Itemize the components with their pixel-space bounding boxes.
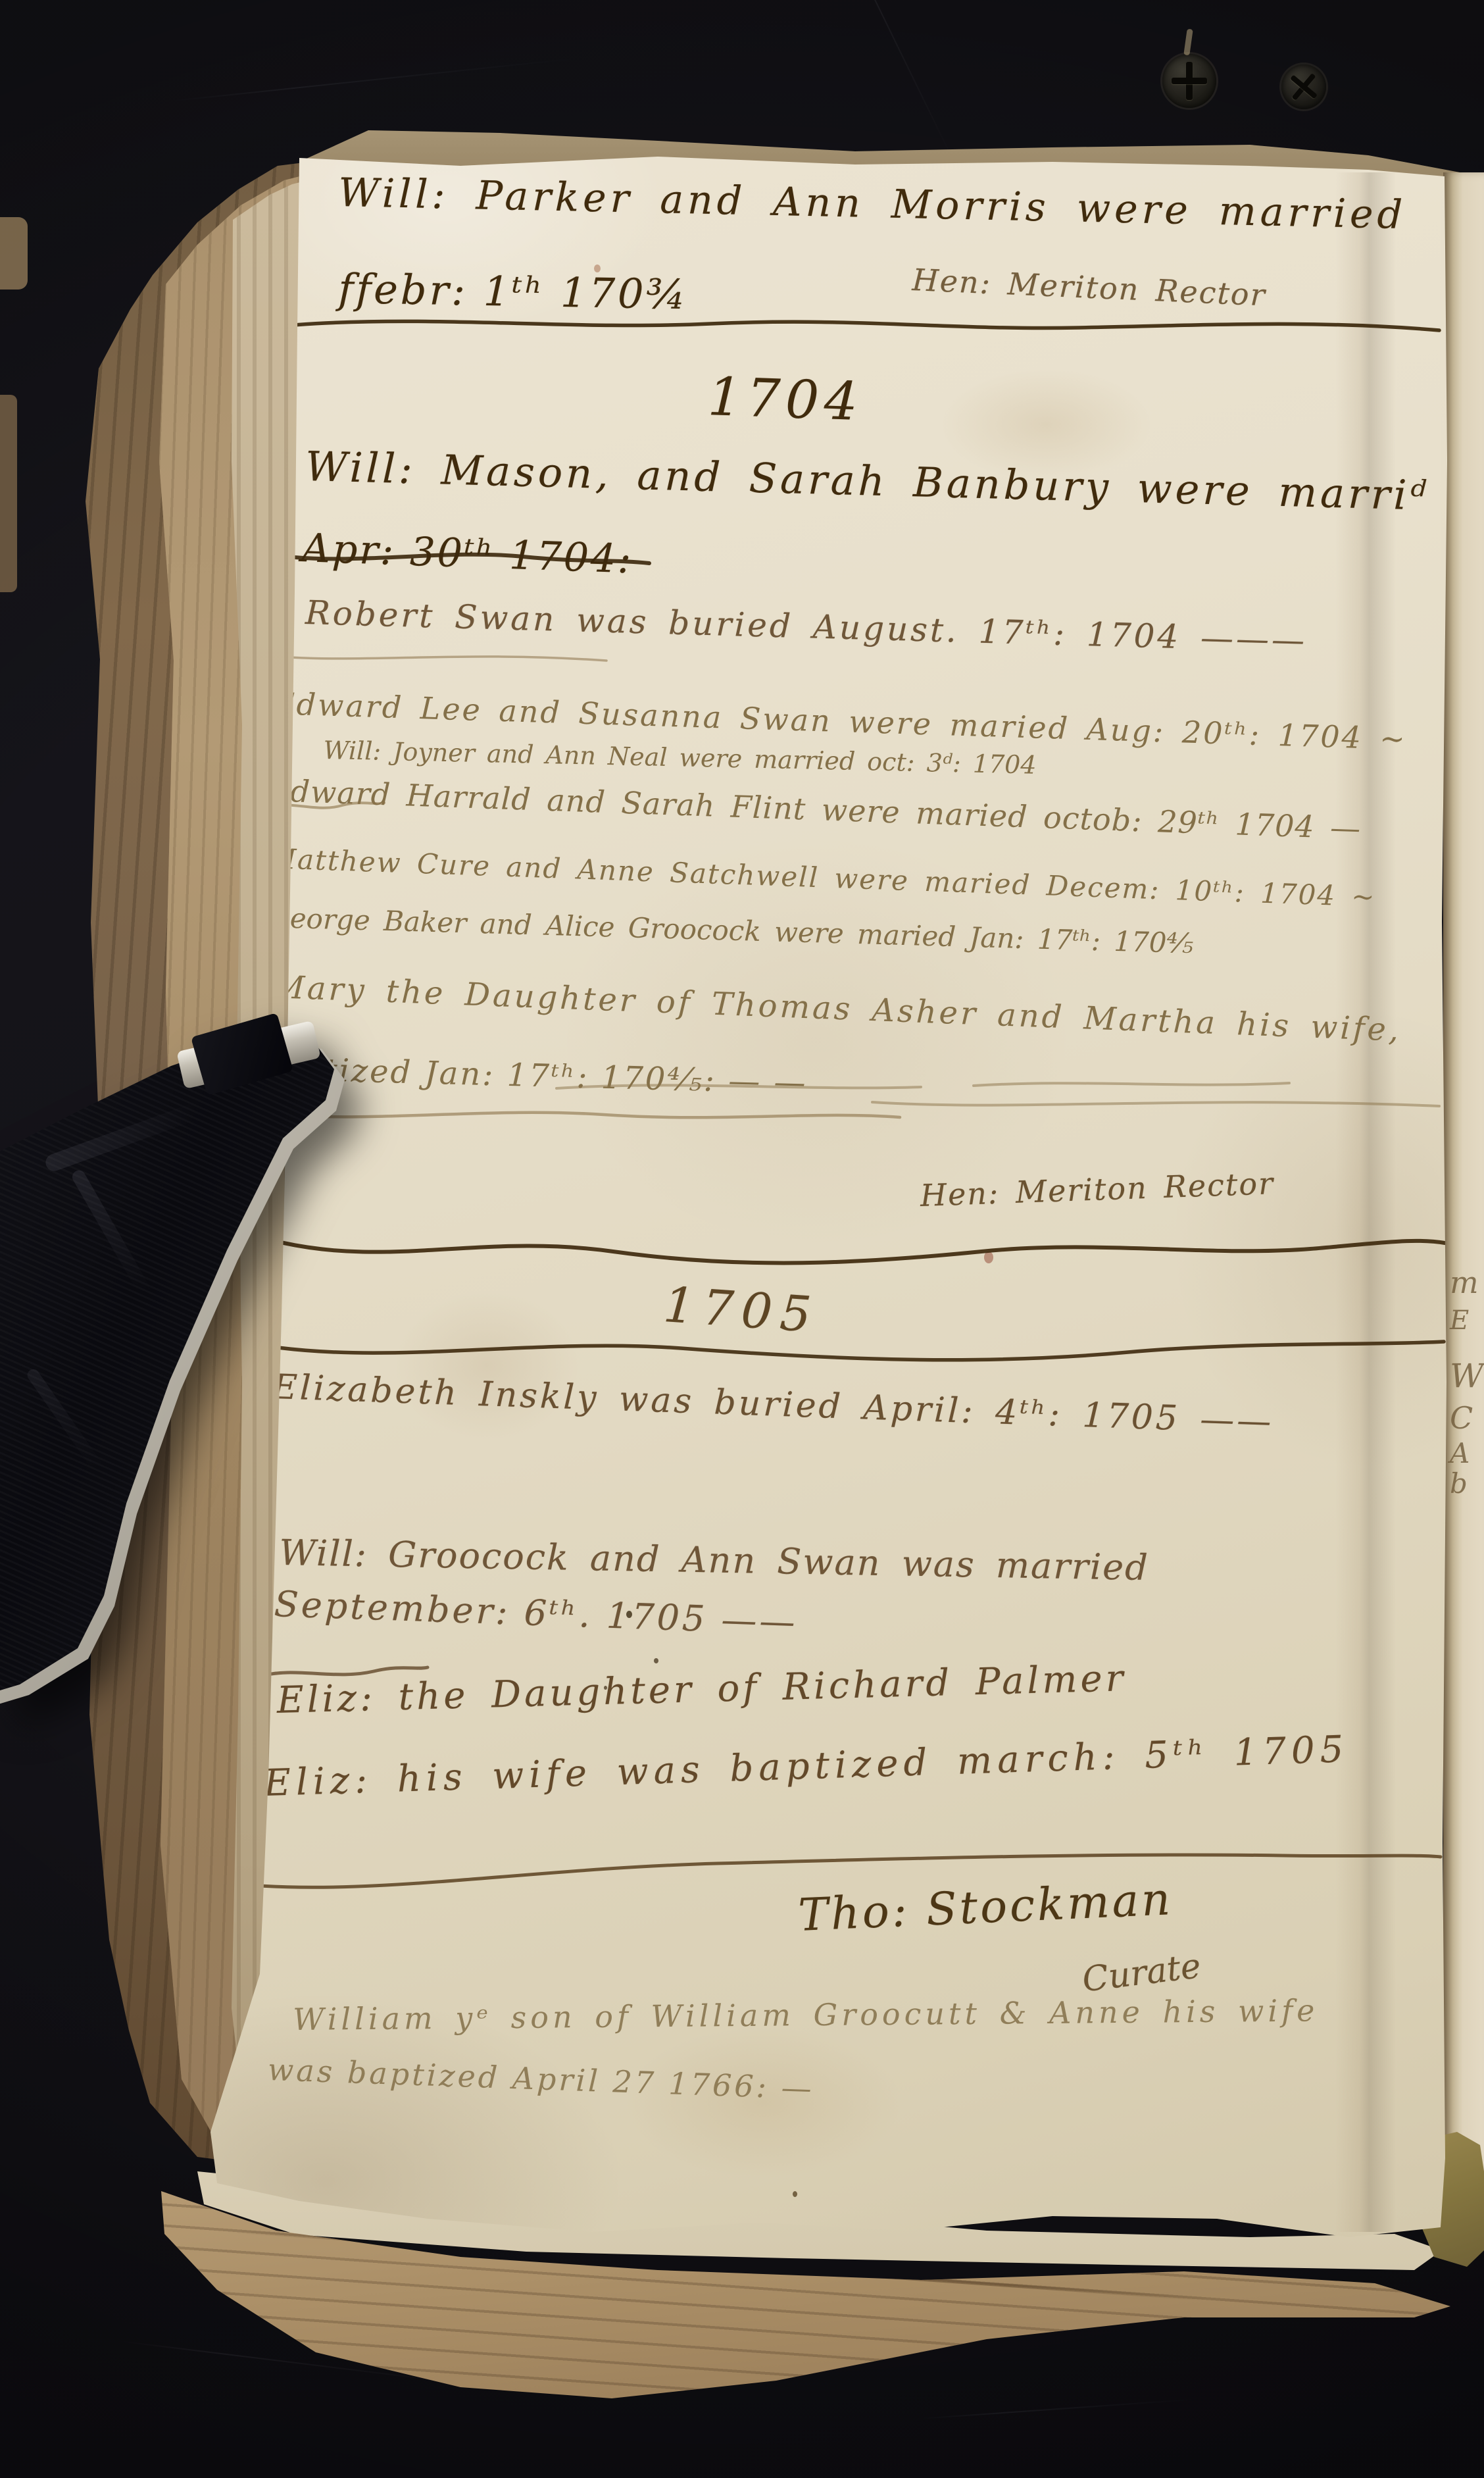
black-clip	[0, 0, 1484, 2478]
clip-fabric-fold	[70, 1168, 180, 1346]
clip-fabric-body	[0, 0, 1484, 2478]
clip-fabric-fold	[43, 1081, 259, 1174]
clip-fabric-fold	[25, 1367, 133, 1513]
